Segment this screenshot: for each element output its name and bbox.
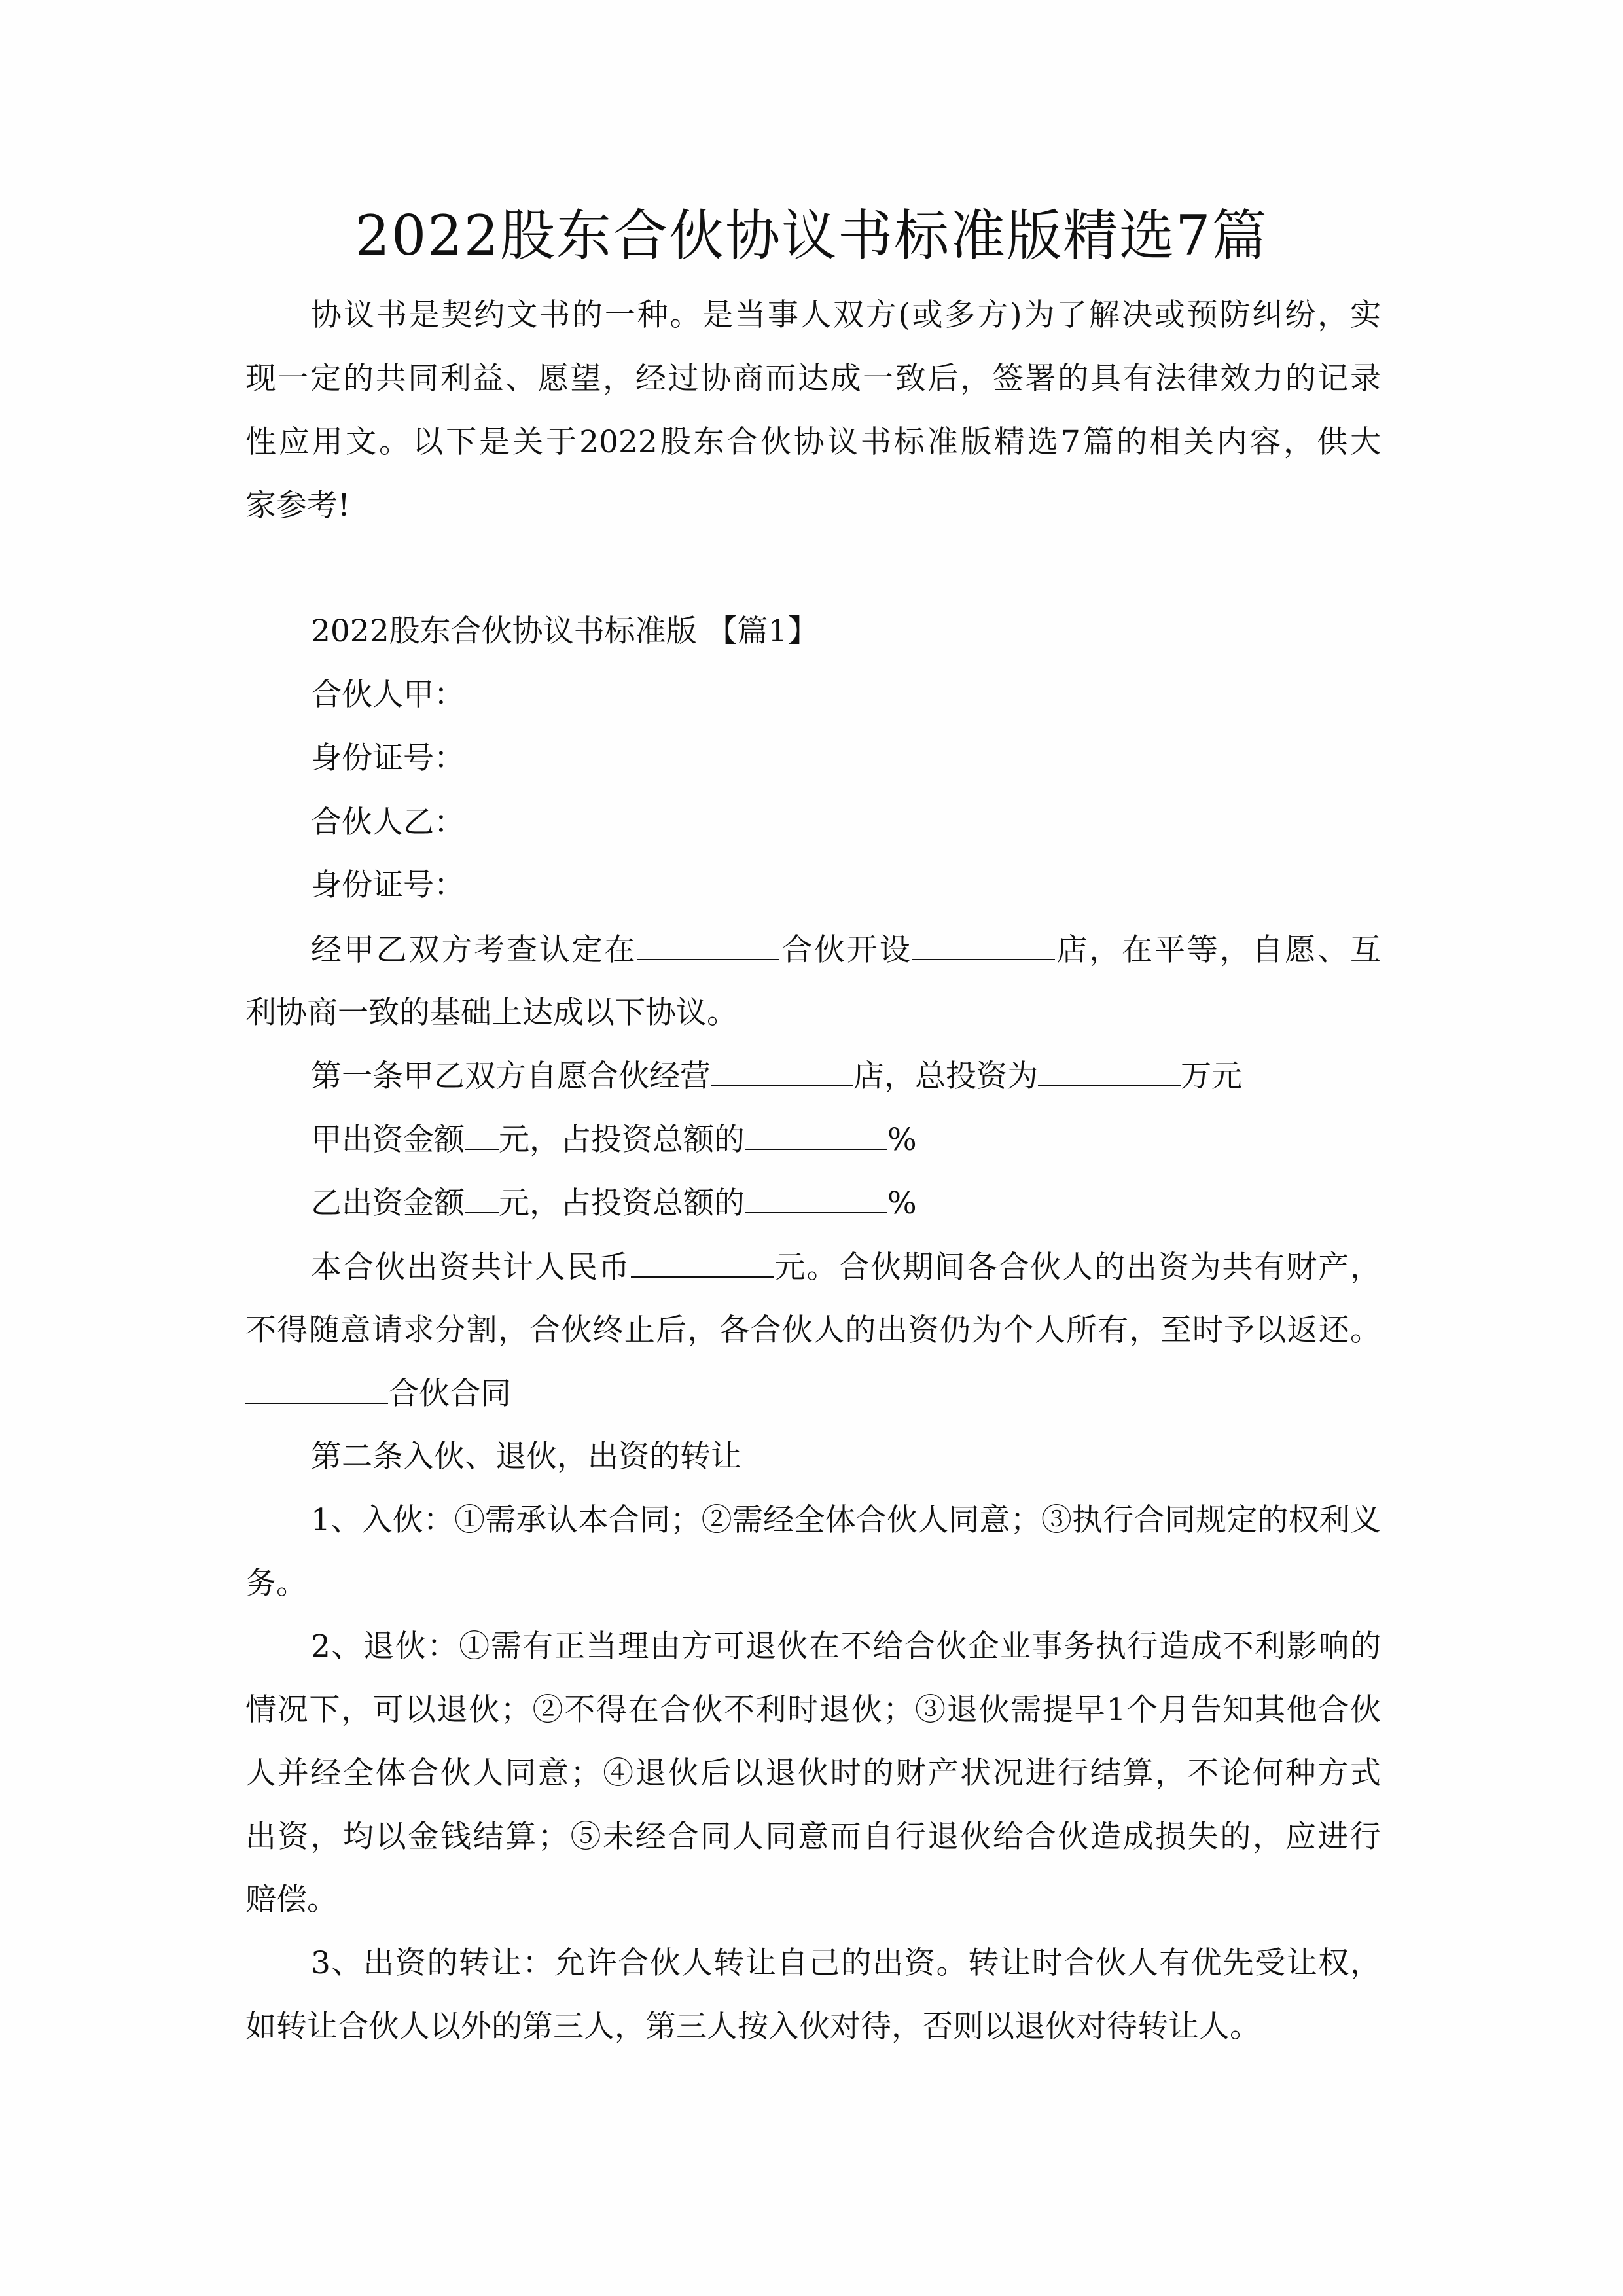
- preamble-line-2: 利协商一致的基础上达成以下协议。: [245, 994, 1381, 1033]
- section-heading: 2022股东合伙协议书标准版 【篇1】: [311, 612, 1381, 651]
- article-1: 第一条甲乙双方自愿合伙经营店，总投资为万元: [311, 1056, 1381, 1096]
- business-blank: [711, 1056, 853, 1086]
- item-1-line-2: 务。: [245, 1564, 1381, 1604]
- contribution-a-text-3: %: [887, 1122, 917, 1158]
- item-2-line-1: 2、退伙：①需有正当理由方可退伙在不给合伙企业事务执行造成不利影响的: [311, 1627, 1381, 1666]
- total-capital-line-2: 不得随意请求分割，合伙终止后，各合伙人的出资仍为个人所有，至时予以返还。: [245, 1311, 1381, 1350]
- item-1-line-1: 1、入伙：①需承认本合同；②需经全体合伙人同意；③执行合同规定的权利义: [311, 1501, 1381, 1540]
- intro-line-3: 性应用文。以下是关于2022股东合伙协议书标准版精选7篇的相关内容，供大: [245, 423, 1381, 462]
- item-2-line-5: 赔偿。: [245, 1880, 1381, 1920]
- preamble-text-2: 合伙开设: [779, 932, 912, 968]
- document-title: 2022股东合伙协议书标准版精选7篇: [0, 200, 1623, 272]
- contract-name-blank: [245, 1374, 388, 1404]
- partner-b-id-label: 身份证号：: [311, 866, 1381, 905]
- contract-name-line: 合伙合同: [245, 1374, 1381, 1414]
- total-capital-line-1: 本合伙出资共计人民币元。合伙期间各合伙人的出资为共有财产，: [311, 1247, 1381, 1287]
- contribution-b-text-1: 乙出资金额: [311, 1185, 465, 1221]
- item-2-line-3: 人并经全体合伙人同意；④退伙后以退伙时的财产状况进行结算，不论何种方式: [245, 1754, 1381, 1793]
- contribution-a: 甲出资金额元，占投资总额的%: [311, 1120, 1381, 1160]
- location-blank: [637, 930, 779, 960]
- contribution-a-text-1: 甲出资金额: [311, 1122, 465, 1158]
- percent-a-blank: [745, 1120, 887, 1150]
- partner-a-label: 合伙人甲：: [311, 675, 1381, 715]
- shop-blank: [912, 930, 1055, 960]
- intro-line-2: 现一定的共同利益、愿望，经过协商而达成一致后，签署的具有法律效力的记录: [245, 359, 1381, 399]
- item-2-line-2: 情况下，可以退伙；②不得在合伙不利时退伙；③退伙需提早1个月告知其他合伙: [245, 1691, 1381, 1730]
- partner-a-id-label: 身份证号：: [311, 739, 1381, 778]
- contribution-b-text-2: 元，占投资总额的: [499, 1185, 745, 1221]
- contribution-b: 乙出资金额元，占投资总额的%: [311, 1183, 1381, 1223]
- percent-b-blank: [745, 1183, 887, 1213]
- total-capital-text-1: 本合伙出资共计人民币: [311, 1249, 631, 1285]
- investment-blank: [1038, 1056, 1181, 1086]
- preamble-line-1: 经甲乙双方考查认定在合伙开设店，在平等，自愿、互: [311, 930, 1381, 970]
- preamble-text-1: 经甲乙双方考查认定在: [311, 932, 637, 968]
- article-1-text-3: 万元: [1181, 1058, 1242, 1094]
- article-2-heading: 第二条入伙、退伙，出资的转让: [311, 1437, 1381, 1477]
- contribution-b-text-3: %: [887, 1185, 917, 1221]
- intro-line-4: 家参考!: [245, 486, 1381, 526]
- item-3-line-1: 3、出资的转让：允许合伙人转让自己的出资。转让时合伙人有优先受让权，: [311, 1944, 1381, 1983]
- document-page: 2022股东合伙协议书标准版精选7篇 协议书是契约文书的一种。是当事人双方(或多…: [0, 0, 1623, 2296]
- contract-name-text: 合伙合同: [388, 1376, 511, 1412]
- contribution-a-text-2: 元，占投资总额的: [499, 1122, 745, 1158]
- amount-a-blank: [465, 1120, 499, 1150]
- preamble-text-3: 店，在平等，自愿、互: [1055, 932, 1381, 968]
- total-capital-text-2: 元。合伙期间各合伙人的出资为共有财产，: [774, 1249, 1381, 1285]
- intro-line-1: 协议书是契约文书的一种。是当事人双方(或多方)为了解决或预防纠纷，实: [311, 296, 1381, 335]
- amount-b-blank: [465, 1183, 499, 1213]
- article-1-text-1: 第一条甲乙双方自愿合伙经营: [311, 1058, 711, 1094]
- partner-b-label: 合伙人乙：: [311, 803, 1381, 842]
- item-2-line-4: 出资，均以金钱结算；⑤未经合同人同意而自行退伙给合伙造成损失的，应进行: [245, 1818, 1381, 1857]
- article-1-text-2: 店，总投资为: [853, 1058, 1038, 1094]
- total-capital-blank: [631, 1247, 774, 1278]
- item-3-line-2: 如转让合伙人以外的第三人，第三人按入伙对待，否则以退伙对待转让人。: [245, 2007, 1381, 2047]
